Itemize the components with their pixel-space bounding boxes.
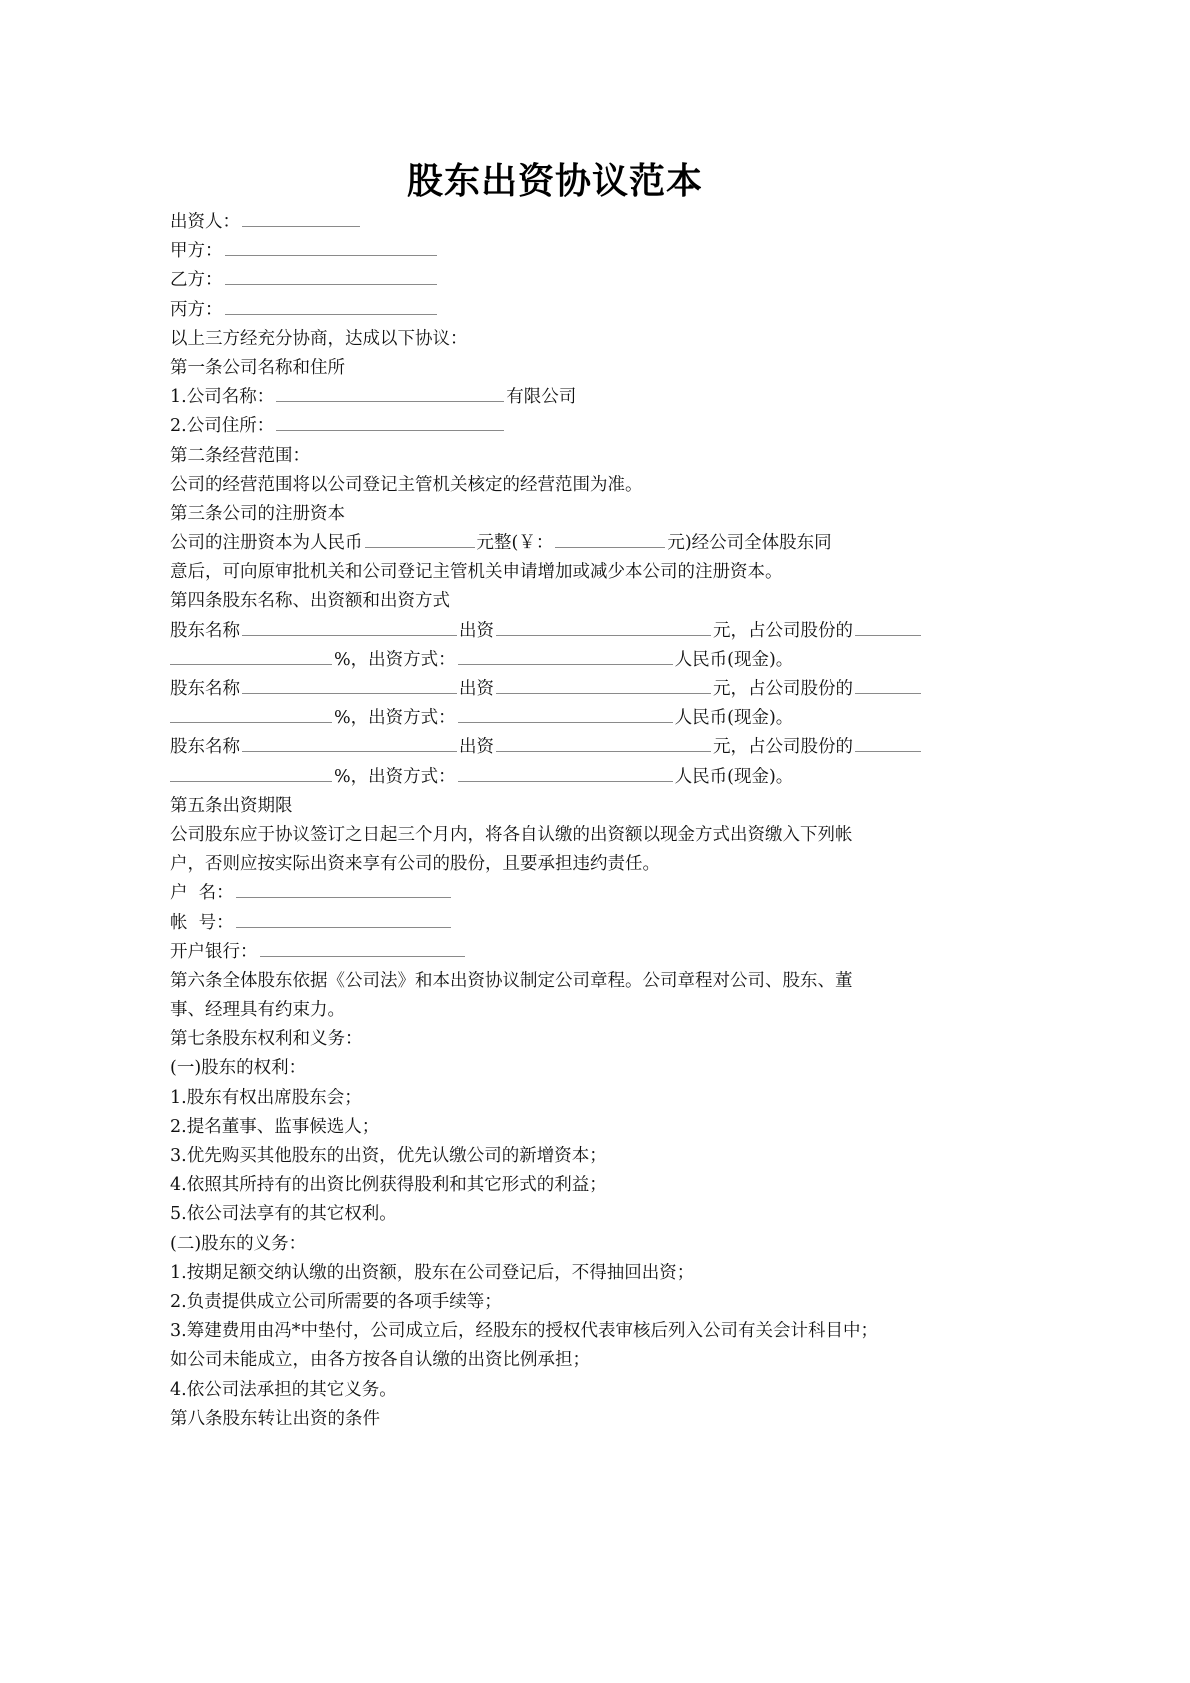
investor-label: 出资人：: [170, 212, 240, 232]
party-a-blank: [225, 237, 437, 256]
account-name-blank: [236, 879, 451, 898]
duty-item: 1.按期足额交纳认缴的出资额，股东在公司登记后，不得抽回出资；: [170, 1259, 945, 1288]
article5-heading: 第五条出资期限: [170, 792, 945, 821]
percent-label: %，出资方式：: [334, 650, 456, 670]
shareholder-1-line1: 股东名称出资元，占公司股份的: [170, 617, 945, 646]
company-address-line: 2.公司住所：: [170, 412, 945, 441]
method-suffix: 人民币(现金)。: [675, 650, 794, 670]
shareholder-name-label: 股东名称: [170, 621, 240, 641]
party-b-label: 乙方：: [170, 270, 223, 290]
bank-blank: [260, 938, 465, 957]
amount-blank: [496, 733, 711, 752]
percent-blank: [170, 704, 332, 723]
shareholder-name-blank: [242, 617, 457, 636]
company-name-suffix: 有限公司: [506, 387, 576, 407]
capital-words-blank: [365, 529, 475, 548]
shareholder-2-line2: %，出资方式：人民币(现金)。: [170, 704, 945, 733]
right-item: 5.依公司法享有的其它权利。: [170, 1200, 945, 1229]
shareholder-3-line1: 股东名称出资元，占公司股份的: [170, 733, 945, 762]
document-page: 股东出资协议范本 出资人： 甲方： 乙方： 丙方： 以上三方经充分协商，达成以下…: [0, 0, 1190, 1683]
party-c-line: 丙方：: [170, 296, 945, 325]
party-b-blank: [225, 266, 437, 285]
shareholder-2-line1: 股东名称出资元，占公司股份的: [170, 675, 945, 704]
account-number-label: 帐 号：: [170, 913, 234, 933]
shareholder-1-line2: %，出资方式：人民币(现金)。: [170, 646, 945, 675]
party-a-line: 甲方：: [170, 237, 945, 266]
amount-blank: [496, 617, 711, 636]
method-blank: [458, 763, 673, 782]
share-blank: [855, 617, 921, 636]
method-suffix: 人民币(现金)。: [675, 708, 794, 728]
registered-capital-line2: 意后，可向原审批机关和公司登记主管机关申请增加或减少本公司的注册资本。: [170, 558, 945, 587]
percent-label: %，出资方式：: [334, 767, 456, 787]
article5-text-line2: 户，否则应按实际出资来享有公司的股份，且要承担违约责任。: [170, 850, 945, 879]
company-name-blank: [276, 383, 504, 402]
article5-text-line1: 公司股东应于协议签订之日起三个月内，将各自认缴的出资额以现金方式出资缴入下列帐: [170, 821, 945, 850]
investor-blank: [242, 208, 360, 227]
right-item: 2.提名董事、监事候选人；: [170, 1113, 945, 1142]
method-suffix: 人民币(现金)。: [675, 767, 794, 787]
right-item: 4.依照其所持有的出资比例获得股利和其它形式的利益；: [170, 1171, 945, 1200]
bank-label: 开户银行：: [170, 942, 258, 962]
duty-item: 4.依公司法承担的其它义务。: [170, 1376, 945, 1405]
share-label: 元，占公司股份的: [713, 621, 853, 641]
share-blank: [855, 675, 921, 694]
investor-line: 出资人：: [170, 208, 945, 237]
right-item: 3.优先购买其他股东的出资，优先认缴公司的新增资本；: [170, 1142, 945, 1171]
share-label: 元，占公司股份的: [713, 679, 853, 699]
capital-text-b: 元整(￥：: [477, 533, 554, 553]
intro-text: 以上三方经充分协商，达成以下协议：: [170, 325, 945, 354]
shareholder-name-label: 股东名称: [170, 737, 240, 757]
article4-heading: 第四条股东名称、出资额和出资方式: [170, 587, 945, 616]
percent-blank: [170, 646, 332, 665]
article2-heading: 第二条经营范围：: [170, 442, 945, 471]
capital-text-c: 元)经公司全体股东同: [667, 533, 831, 553]
party-c-blank: [225, 296, 437, 315]
method-blank: [458, 704, 673, 723]
account-number-blank: [236, 909, 451, 928]
shareholder-name-label: 股东名称: [170, 679, 240, 699]
company-address-label: 2.公司住所：: [170, 416, 274, 436]
shareholder-3-line2: %，出资方式：人民币(现金)。: [170, 763, 945, 792]
company-name-line: 1.公司名称：有限公司: [170, 383, 945, 412]
article1-heading: 第一条公司名称和住所: [170, 354, 945, 383]
capital-figure-blank: [555, 529, 665, 548]
registered-capital-line: 公司的注册资本为人民币元整(￥：元)经公司全体股东同: [170, 529, 945, 558]
document-body: 出资人： 甲方： 乙方： 丙方： 以上三方经充分协商，达成以下协议： 第一条公司…: [170, 208, 945, 1434]
percent-blank: [170, 763, 332, 782]
amount-label: 出资: [459, 737, 494, 757]
party-a-label: 甲方：: [170, 241, 223, 261]
method-blank: [458, 646, 673, 665]
article2-text: 公司的经营范围将以公司登记主管机关核定的经营范围为准。: [170, 471, 945, 500]
company-name-label: 1.公司名称：: [170, 387, 274, 407]
page-title: 股东出资协议范本: [0, 160, 1110, 204]
article7-heading: 第七条股东权利和义务：: [170, 1025, 945, 1054]
party-b-line: 乙方：: [170, 266, 945, 295]
account-number-line: 帐 号：: [170, 909, 945, 938]
share-label: 元，占公司股份的: [713, 737, 853, 757]
account-name-line: 户 名：: [170, 879, 945, 908]
duty-item: 3.筹建费用由冯*中垫付，公司成立后，经股东的授权代表审核后列入公司有关会计科目…: [170, 1317, 945, 1346]
article3-heading: 第三条公司的注册资本: [170, 500, 945, 529]
article8-heading: 第八条股东转让出资的条件: [170, 1405, 945, 1434]
amount-label: 出资: [459, 621, 494, 641]
bank-line: 开户银行：: [170, 938, 945, 967]
shareholder-name-blank: [242, 733, 457, 752]
duties-heading: (二)股东的义务：: [170, 1230, 945, 1259]
party-c-label: 丙方：: [170, 300, 223, 320]
article6-line1: 第六条全体股东依据《公司法》和本出资协议制定公司章程。公司章程对公司、股东、董: [170, 967, 945, 996]
article6-line2: 事、经理具有约束力。: [170, 996, 945, 1025]
percent-label: %，出资方式：: [334, 708, 456, 728]
company-address-blank: [276, 412, 504, 431]
rights-heading: (一)股东的权利：: [170, 1054, 945, 1083]
right-item: 1.股东有权出席股东会；: [170, 1084, 945, 1113]
duty-item: 如公司未能成立，由各方按各自认缴的出资比例承担；: [170, 1346, 945, 1375]
shareholder-name-blank: [242, 675, 457, 694]
account-name-label: 户 名：: [170, 883, 234, 903]
share-blank: [855, 733, 921, 752]
duty-item: 2.负责提供成立公司所需要的各项手续等；: [170, 1288, 945, 1317]
capital-text-a: 公司的注册资本为人民币: [170, 533, 363, 553]
amount-blank: [496, 675, 711, 694]
amount-label: 出资: [459, 679, 494, 699]
